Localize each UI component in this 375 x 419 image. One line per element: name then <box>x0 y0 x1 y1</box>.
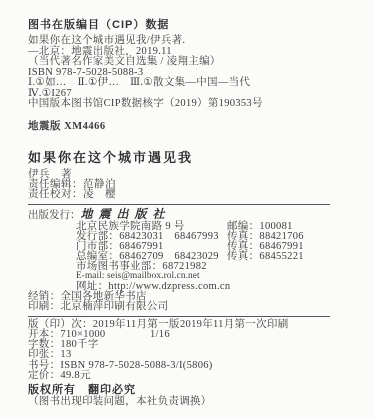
printing-line: 印刷：北京楠萍印刷有限公司 <box>28 302 353 312</box>
cip-classification-1: Ⅰ.①如… Ⅱ.①伊… Ⅲ.①散文集—中国—当代 <box>28 78 353 89</box>
cip-block: 图书在版编目（CIP）数据 如果你在这个城市遇见我/伊兵著. —北京：地震出版社… <box>28 16 353 110</box>
cip-record-number: 中国版本图书馆CIP数据核字（2019）第190353号 <box>28 99 353 110</box>
cip-series-statement: （当代著名作家美文自选集 / 凌翔主编） <box>28 57 353 68</box>
price: 定价：49.8元 <box>28 371 353 381</box>
publisher-block: 出版发行：地震出版社 北京民族学院南路 9 号 邮编：100081 发行部：68… <box>28 208 353 311</box>
publisher-label: 出版发行： <box>28 210 81 221</box>
website-url: 网址：http://www.dzpress.com.cn <box>76 281 230 292</box>
editorial-fax: 传真：68455221 <box>227 252 304 262</box>
divider-line-bottom <box>28 316 330 317</box>
website-row: 网址：http://www.dzpress.com.cn <box>76 282 353 292</box>
exchange-note: （图书出现印装问题，本社负责调换） <box>28 396 353 407</box>
publisher-logo-text: 地震出版社 <box>81 207 171 221</box>
copyright-page: 图书在版编目（CIP）数据 如果你在这个城市遇见我/伊兵著. —北京：地震出版社… <box>0 0 375 419</box>
impression-info: 2019年11月第一次印刷 <box>180 320 289 330</box>
title-block: 如果你在这个城市遇见我 伊兵 著 责任编辑：范静泊 责任校对：凌 樱 <box>28 151 353 201</box>
format-fraction: 1/16 <box>150 330 170 340</box>
cip-header: 图书在版编目（CIP）数据 <box>28 16 353 32</box>
word-count: 字数：180千字 <box>28 340 353 350</box>
edition-code: 地震版 XM4466 <box>28 121 353 132</box>
copyright-notice: 版权所有 翻印必究 <box>28 384 353 396</box>
proofreader-line: 责任校对：凌 樱 <box>28 190 353 200</box>
email-address: E-mail: seis@mailbox.rol.cn.net <box>76 271 200 281</box>
book-title: 如果你在这个城市遇见我 <box>28 151 353 165</box>
cip-title-statement: 如果你在这个城市遇见我/伊兵著. <box>28 36 353 47</box>
print-info-block: 版（印）次：2019年11月第一版 2019年11月第一次印刷 开本：710×1… <box>28 320 353 382</box>
copyright-block: 版权所有 翻印必究 （图书出现印装问题，本社负责调换） <box>28 384 353 407</box>
publisher-details: 北京民族学院南路 9 号 邮编：100081 发行部：68423031 6846… <box>76 222 353 291</box>
divider-line-top <box>28 204 330 205</box>
